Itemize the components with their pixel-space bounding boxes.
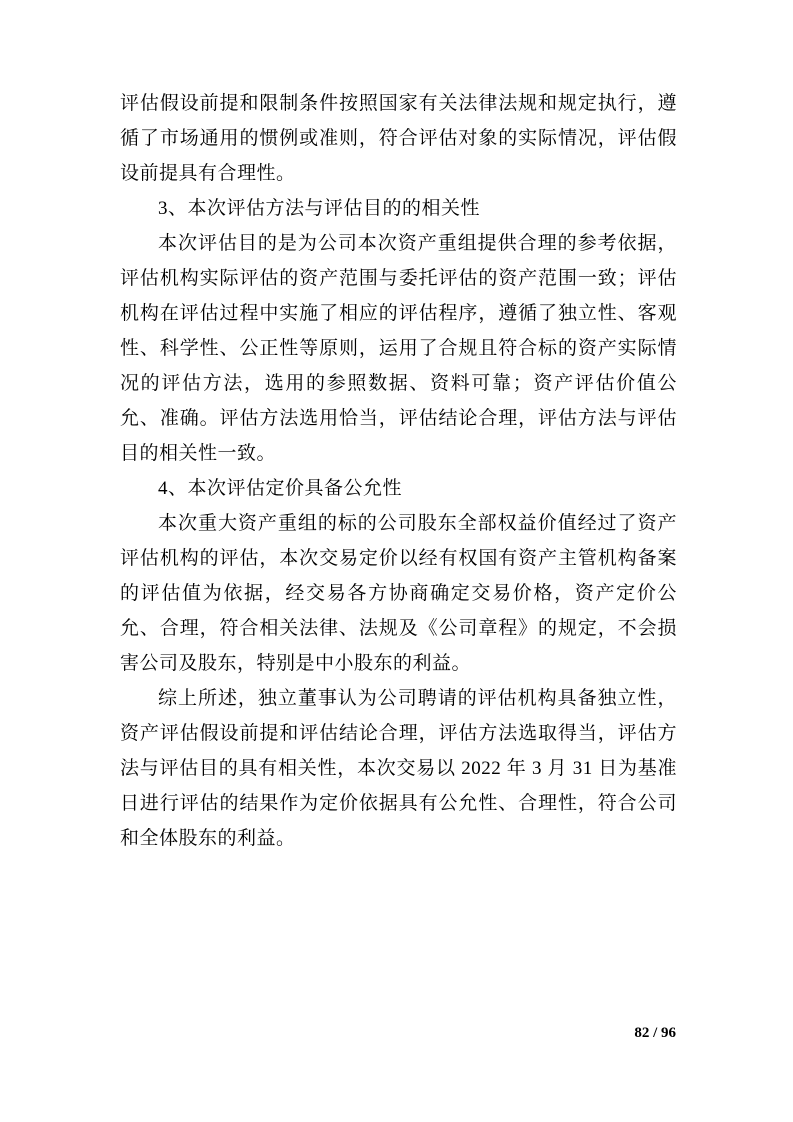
paragraph-assessment-assumptions: 评估假设前提和限制条件按照国家有关法律法规和规定执行，遵循了市场通用的惯例或准则… [120,86,677,191]
document-page: 评估假设前提和限制条件按照国家有关法律法规和规定执行，遵循了市场通用的惯例或准则… [0,0,793,1122]
page-footer: 82 / 96 [634,1025,676,1042]
section-heading-3-relevance: 3、本次评估方法与评估目的的相关性 [120,191,677,226]
section-heading-4-fairness: 4、本次评估定价具备公允性 [120,471,677,506]
paragraph-conclusion: 综上所述，独立董事认为公司聘请的评估机构具备独立性，资产评估假设前提和评估结论合… [120,681,677,856]
paragraph-pricing-fairness: 本次重大资产重组的标的公司股东全部权益价值经过了资产评估机构的评估，本次交易定价… [120,506,677,681]
page-number: 82 / 96 [634,1025,676,1041]
paragraph-evaluation-purpose: 本次评估目的是为公司本次资产重组提供合理的参考依据，评估机构实际评估的资产范围与… [120,226,677,471]
document-content: 评估假设前提和限制条件按照国家有关法律法规和规定执行，遵循了市场通用的惯例或准则… [120,86,677,856]
